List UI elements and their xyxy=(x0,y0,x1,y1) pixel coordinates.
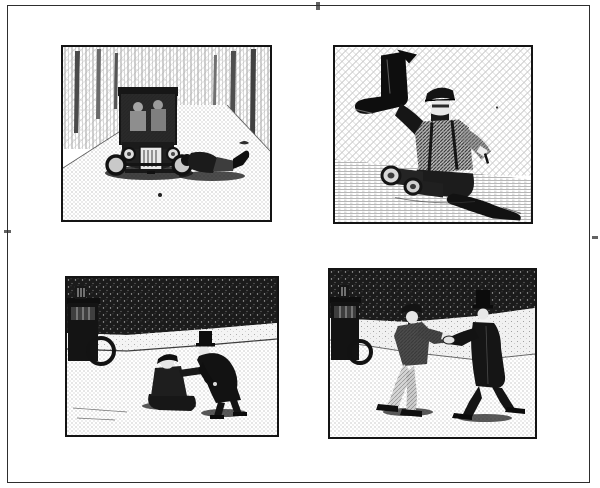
engraving-giving-alms xyxy=(67,278,277,435)
panel-giving-alms xyxy=(65,276,279,437)
fly-speck xyxy=(496,106,498,108)
scan-artifact xyxy=(592,236,598,239)
scan-artifact xyxy=(316,2,320,10)
scan-artifact xyxy=(4,230,11,233)
engraving-plate xyxy=(0,0,600,488)
panel-handshake xyxy=(328,268,537,439)
panel-beggar-boot xyxy=(333,45,533,224)
engraving-handshake xyxy=(330,270,535,437)
engraving-beggar-boot xyxy=(335,47,531,222)
clasped-hands xyxy=(443,336,455,344)
engraving-car-accident xyxy=(63,47,270,220)
panel-car-accident xyxy=(61,45,272,222)
road-stone xyxy=(158,193,162,197)
beggar-torso xyxy=(415,120,473,174)
